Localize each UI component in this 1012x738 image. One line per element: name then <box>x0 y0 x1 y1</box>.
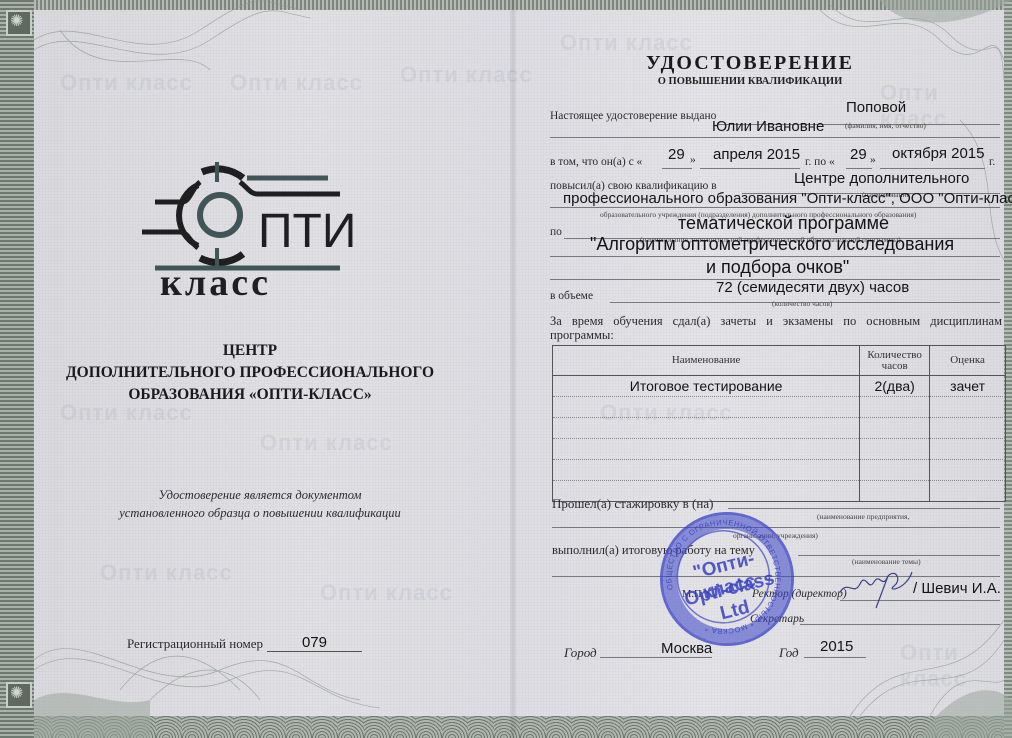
table-row <box>553 460 1006 481</box>
end-day: 29 <box>850 146 867 163</box>
volume-caption: (количество часов) <box>772 299 832 308</box>
fill-line <box>798 555 1000 556</box>
document-note: Удостоверение является документом устано… <box>90 486 430 522</box>
table-row <box>553 439 1006 460</box>
registration-label: Регистрационный номер <box>127 636 263 652</box>
watermark: Опти класс <box>320 580 453 606</box>
certificate-subtitle: О ПОВЫШЕНИИ КВАЛИФИКАЦИИ <box>620 76 880 87</box>
col-header-grade: Оценка <box>930 346 1006 376</box>
name-caption: (фамилия, имя, отчество) <box>845 121 926 130</box>
period-prefix: в том, что он(а) с « <box>550 156 642 168</box>
guilloche-border-bottom <box>0 716 1012 738</box>
guilloche-border-top <box>0 0 1012 10</box>
signature-icon <box>836 562 916 612</box>
institution-line1: Центре дополнительного <box>794 170 969 187</box>
rector-label: Ректор (директор) <box>752 588 847 600</box>
opti-klass-logo-icon: ПТИ класс <box>140 150 360 300</box>
guilloche-border-left <box>0 0 34 738</box>
certificate-title: УДОСТОВЕРЕНИЕ <box>630 52 870 75</box>
city-value: Москва <box>661 640 712 657</box>
corner-ornament-icon <box>6 10 32 36</box>
start-day: 29 <box>668 146 685 163</box>
table-row: Итоговое тестирование 2(два) зачет <box>553 376 1006 397</box>
institution-line2: профессионального образования "Опти-клас… <box>563 190 1012 207</box>
watermark: Опти класс <box>230 70 363 96</box>
volume-value: 72 (семидесяти двух) часов <box>716 279 909 296</box>
start-month-year: апреля 2015 <box>713 146 800 163</box>
watermark: Опти класс <box>900 640 1012 692</box>
seal-label: М.П. <box>682 589 704 600</box>
fill-line <box>552 576 1000 577</box>
title-line: ДОПОЛНИТЕЛЬНОГО ПРОФЕССИОНАЛЬНОГО <box>40 362 460 384</box>
table-row <box>553 397 1006 418</box>
year-value: 2015 <box>820 638 853 655</box>
registration-value: 079 <box>267 634 362 652</box>
title-line: ЦЕНТР <box>40 340 460 362</box>
col-header-hours: Количество часов <box>860 346 930 376</box>
fill-line <box>550 207 1000 208</box>
corner-ornament-icon <box>6 682 32 708</box>
svg-text:ПТИ: ПТИ <box>258 205 356 258</box>
fill-line <box>700 168 800 169</box>
exams-intro: За время обучения сдал(а) зачеты и экзам… <box>550 314 1002 342</box>
year-label: Год <box>779 645 799 661</box>
program-label: по <box>550 226 562 238</box>
fill-line <box>800 624 1000 625</box>
program-line3: и подбора очков" <box>706 257 849 278</box>
program-line1: тематической программе <box>678 213 889 234</box>
watermark: Опти класс <box>260 430 393 456</box>
issued-to-label: Настоящее удостоверение выдано <box>550 110 716 122</box>
watermark: Опти класс <box>60 70 193 96</box>
end-month-year: октября 2015 <box>892 145 985 162</box>
fill-line <box>840 600 1000 601</box>
recipient-surname: Поповой <box>846 99 906 116</box>
fill-line <box>600 657 712 658</box>
fill-line <box>550 137 1000 138</box>
fill-line <box>728 508 1000 509</box>
col-header-name: Наименование <box>553 346 860 376</box>
fill-line <box>846 168 872 169</box>
fill-line <box>662 168 692 169</box>
secretary-label: Секретарь <box>750 613 804 625</box>
institution-title: ЦЕНТР ДОПОЛНИТЕЛЬНОГО ПРОФЕССИОНАЛЬНОГО … <box>40 340 460 406</box>
certificate-spread: Опти класс Опти класс Опти класс Опти кл… <box>0 0 1012 738</box>
svg-text:класс: класс <box>160 262 271 300</box>
city-label: Город <box>564 645 597 661</box>
rector-name: / Шевич И.А. <box>913 580 1001 597</box>
fill-line <box>880 168 985 169</box>
recipient-name: Юлии Ивановне <box>712 118 824 135</box>
watermark: Опти класс <box>100 560 233 586</box>
official-stamp: ОБЩЕСТВО С ОГРАНИЧЕННОЙ ОТВЕТСТВЕННОСТЬЮ… <box>646 498 808 660</box>
fill-line <box>552 527 1000 528</box>
registration-number: Регистрационный номер 079 <box>127 634 362 652</box>
internship-label: Прошел(а) стажировку в (на) <box>552 496 713 512</box>
table-row <box>553 418 1006 439</box>
period-mid: г. по « <box>805 156 835 168</box>
grades-table: Наименование Количество часов Оценка Ито… <box>552 345 1006 502</box>
volume-label: в объеме <box>550 290 593 302</box>
final-work-label: выполнил(а) итоговую работу на тему <box>552 543 755 558</box>
title-line: ОБРАЗОВАНИЯ «ОПТИ-КЛАСС» <box>40 384 460 406</box>
page-fold <box>510 0 516 738</box>
fill-line <box>804 657 866 658</box>
program-line2: "Алгоритм оптометрического исследования <box>590 234 954 255</box>
